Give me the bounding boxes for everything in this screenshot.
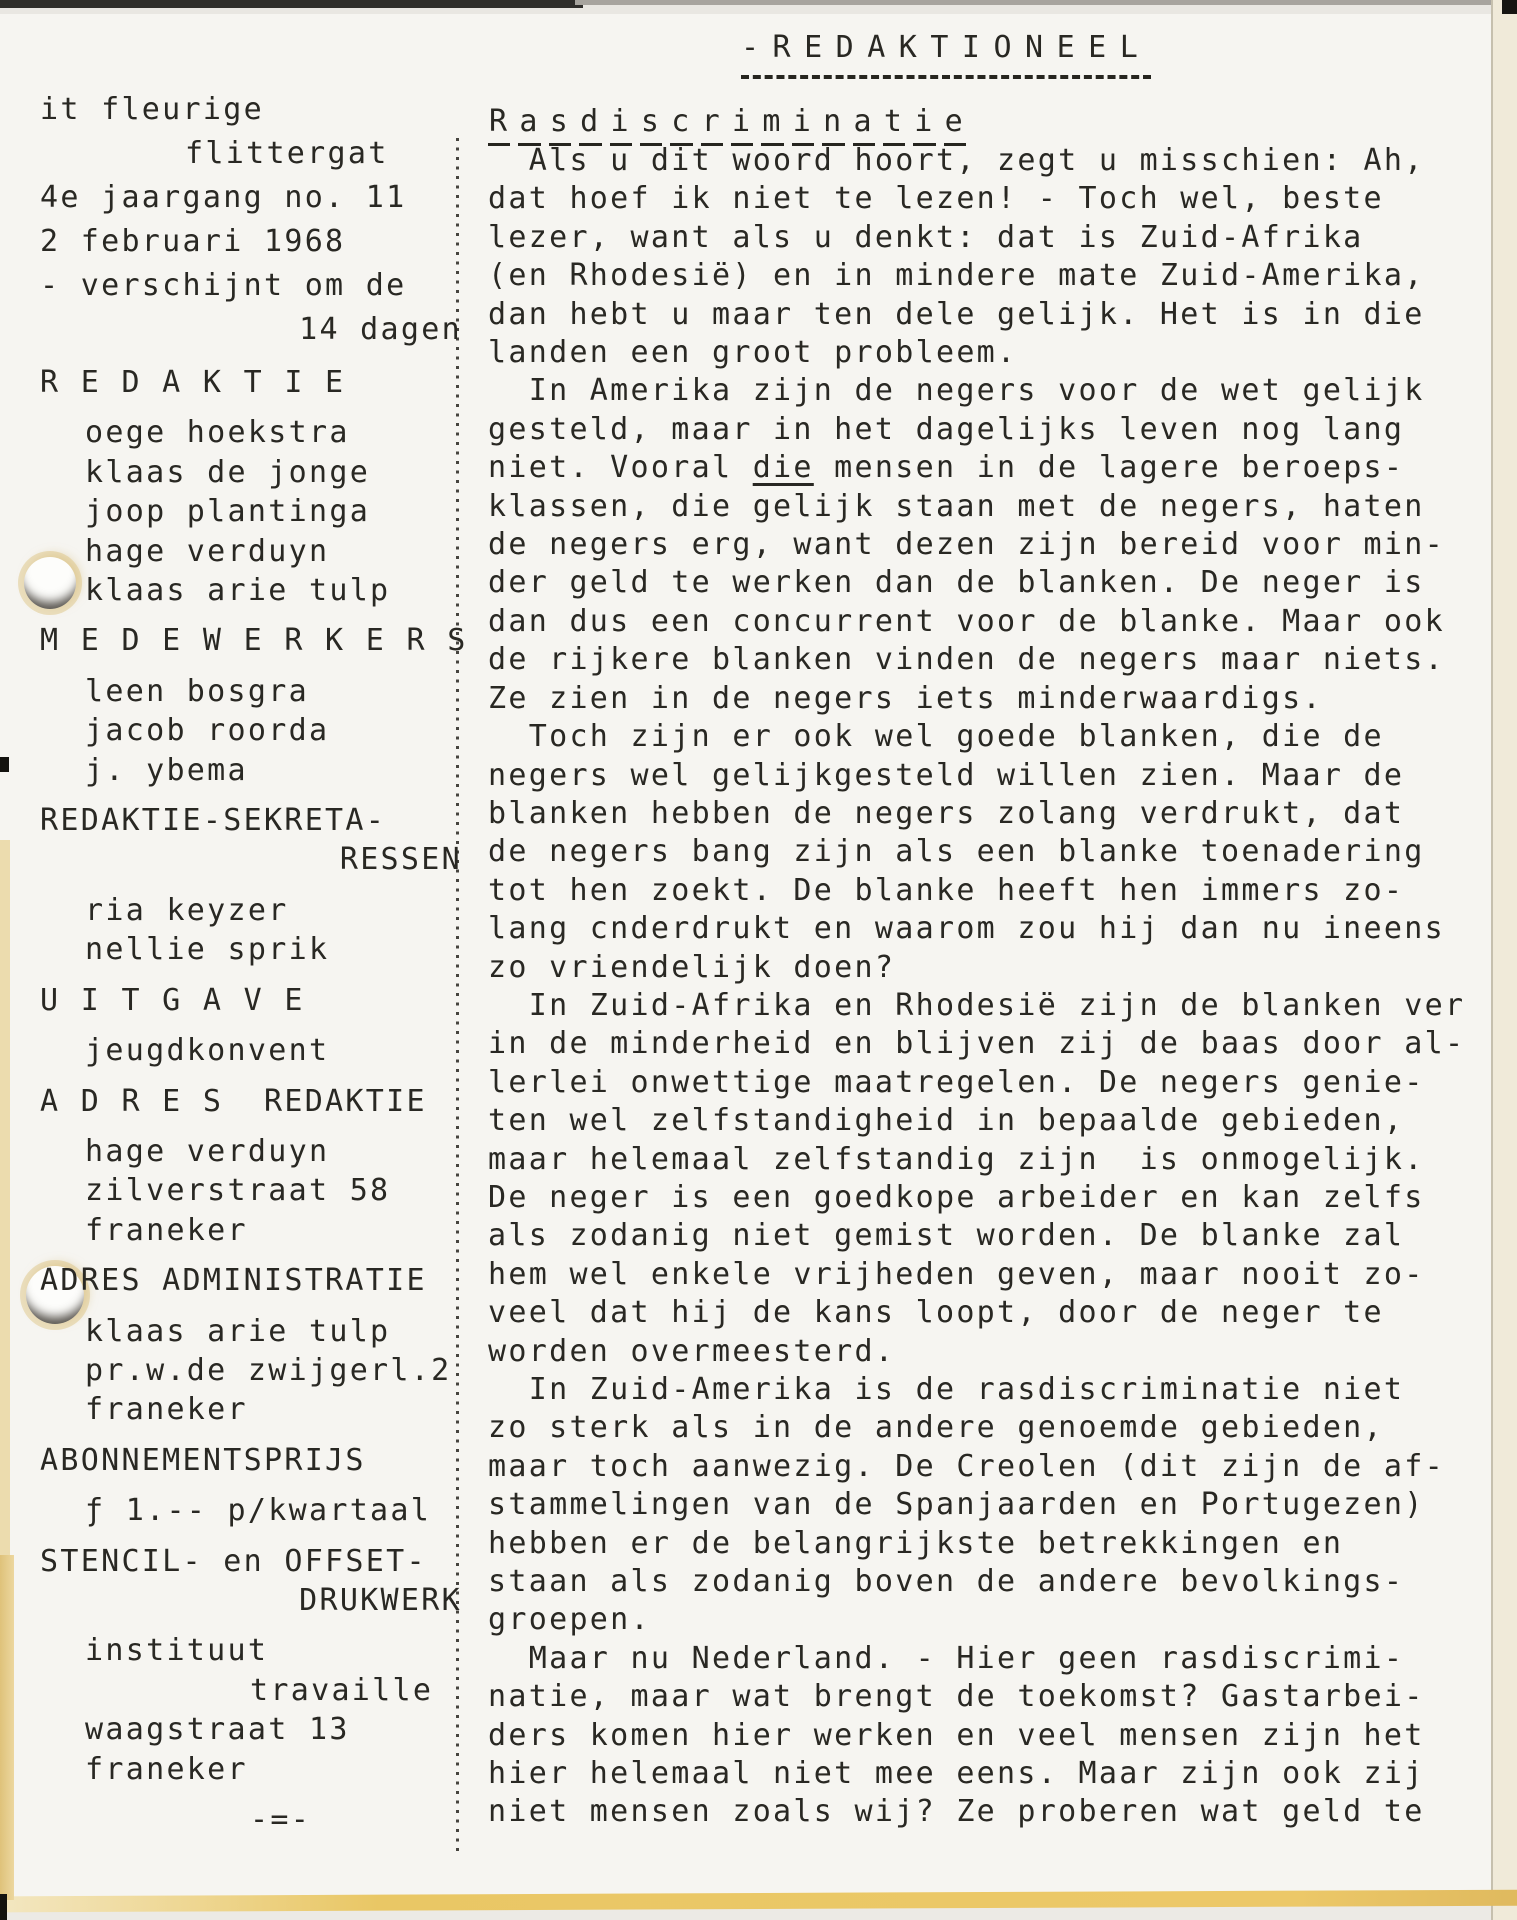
title-letter: t	[883, 105, 905, 146]
sekretaressen-heading: REDAKTIE-SEKRETA-RESSEN	[40, 801, 462, 880]
colophon-line: instituut	[40, 1631, 462, 1670]
article-line: lezer, want als u denkt: dat is Zuid-Afr…	[488, 219, 1465, 257]
colophon-line: leen bosgra	[40, 672, 462, 711]
article-line: dan hebt u maar ten dele gelijk. Het is …	[488, 296, 1465, 334]
colophon-line: nellie sprik	[40, 930, 462, 969]
article-line: In Amerika zijn de negers voor de wet ge…	[488, 372, 1465, 410]
article-line: de rijkere blanken vinden de negers maar…	[488, 641, 1465, 679]
article-line: als zodanig niet gemist worden. De blank…	[488, 1217, 1465, 1255]
redaktie-names: oege hoekstraklaas de jongejoop planting…	[40, 413, 462, 610]
drukwerk-heading: STENCIL- en OFFSET-DRUKWERK	[40, 1542, 462, 1621]
article-line: De neger is een goedkope arbeider en kan…	[488, 1179, 1465, 1217]
title-letter: s	[640, 105, 662, 146]
article-line: hebben er de belangrijkste betrekkingen …	[488, 1525, 1465, 1563]
article-line: lang cnderdrukt en waarom zou hij dan nu…	[488, 910, 1465, 948]
article-line: stammelingen van de Spanjaarden en Portu…	[488, 1486, 1465, 1524]
colophon-line: DRUKWERK	[40, 1581, 462, 1620]
title-letter: a	[853, 105, 875, 146]
colophon-line: flittergat	[40, 132, 462, 176]
title-letter: i	[913, 105, 935, 146]
top-right-corner-mark	[1502, 0, 1517, 14]
article-line: veel dat hij de kans loopt, door de nege…	[488, 1294, 1465, 1332]
colophon-line: oege hoekstra	[40, 413, 462, 452]
uitgave-heading: U I T G A V E	[40, 981, 462, 1020]
article-line: landen een groot probleem.	[488, 334, 1465, 372]
title-letter: r	[701, 105, 723, 146]
article-line: Toch zijn er ook wel goede blanken, die …	[488, 718, 1465, 756]
colophon-column: it fleurigeflittergat4e jaargang no. 112…	[40, 88, 462, 1839]
title-letter: i	[731, 105, 753, 146]
title-letter: e	[944, 105, 966, 146]
right-page-edge	[1491, 0, 1517, 1920]
colophon-line: REDAKTIE-SEKRETA-	[40, 801, 462, 840]
colophon-line: ADRES ADMINISTRATIE	[40, 1261, 462, 1300]
colophon-line: ABONNEMENTSPRIJS	[40, 1441, 462, 1480]
article-line: zo sterk als in de andere genoemde gebie…	[488, 1409, 1465, 1447]
article-line: In Zuid-Amerika is de rasdiscriminatie n…	[488, 1371, 1465, 1409]
abonnementsprijs-heading: ABONNEMENTSPRIJS	[40, 1441, 462, 1480]
title-letter: i	[610, 105, 632, 146]
colophon-line: klaas de jonge	[40, 453, 462, 492]
article-line: klassen, die gelijk staan met de negers,…	[488, 488, 1465, 526]
article-line: zo vriendelijk doen?	[488, 949, 1465, 987]
colophon-line: joop plantinga	[40, 492, 462, 531]
article-body: Als u dit woord hoort, zegt u misschien:…	[488, 142, 1465, 1832]
article-line: staan als zodanig boven de andere bevolk…	[488, 1563, 1465, 1601]
section-header: -REDAKTIONEEL	[741, 30, 1151, 79]
colophon-line: klaas arie tulp	[40, 1312, 462, 1351]
colophon-line: pr.w.de zwijgerl.2	[40, 1351, 462, 1390]
adres-administratie-value: klaas arie tulppr.w.de zwijgerl.2franeke…	[40, 1312, 462, 1430]
left-edge-band-tan	[0, 1555, 14, 1900]
abonnementsprijs-value: ƒ 1.-- p/kwartaal	[40, 1491, 462, 1530]
article-line: Als u dit woord hoort, zegt u misschien:…	[488, 142, 1465, 180]
scanned-page: it fleurigeflittergat4e jaargang no. 112…	[0, 0, 1517, 1920]
colophon-line: franeker	[40, 1211, 462, 1250]
masthead: it fleurigeflittergat4e jaargang no. 112…	[40, 88, 462, 352]
article-line: hem wel enkele vrijheden geven, maar noo…	[488, 1256, 1465, 1294]
article-line: ders komen hier werken en veel mensen zi…	[488, 1717, 1465, 1755]
article-line: ten wel zelfstandigheid in bepaalde gebi…	[488, 1102, 1465, 1140]
title-letter: d	[579, 105, 601, 146]
colophon-line: jacob roorda	[40, 711, 462, 750]
colophon-line: ria keyzer	[40, 891, 462, 930]
colophon-line: franeker	[40, 1750, 462, 1789]
article-line: de negers bang zijn als een blanke toena…	[488, 833, 1465, 871]
sekretaressen-names: ria keyzernellie sprik	[40, 891, 462, 970]
uitgave-value: jeugdkonvent	[40, 1031, 462, 1070]
article-line: lerlei onwettige maatregelen. De negers …	[488, 1064, 1465, 1102]
adres-redaktie-heading: A D R E S REDAKTIE	[40, 1082, 462, 1121]
bottom-left-mark	[0, 1894, 7, 1920]
article-line: in de minderheid en blijven zij de baas …	[488, 1025, 1465, 1063]
drukwerk-value: instituuttravaillewaagstraat 13franeker	[40, 1631, 462, 1789]
article-line: maar toch aanwezig. De Creolen (dit zijn…	[488, 1448, 1465, 1486]
colophon-line: - verschijnt om de	[40, 264, 462, 308]
colophon-line: U I T G A V E	[40, 981, 462, 1020]
article-line: gesteld, maar in het dagelijks leven nog…	[488, 411, 1465, 449]
article-line: tot hen zoekt. De blanke heeft hen immer…	[488, 872, 1465, 910]
left-edge-band-light	[0, 840, 10, 1560]
underlined-word: die	[753, 450, 814, 485]
medewerkers-names: leen bosgrajacob roordaj. ybema	[40, 672, 462, 790]
colophon-line: hage verduyn	[40, 532, 462, 571]
colophon-line: -=-	[40, 1800, 462, 1839]
article-line: groepen.	[488, 1601, 1465, 1639]
article-line: Maar nu Nederland. - Hier geen rasdiscri…	[488, 1640, 1465, 1678]
article-line: blanken hebben de negers zolang verdrukt…	[488, 795, 1465, 833]
title-letter: s	[549, 105, 571, 146]
article-line: maar helemaal zelfstandig zijn is onmoge…	[488, 1141, 1465, 1179]
colophon-line: 4e jaargang no. 11	[40, 176, 462, 220]
top-edge-strip-dark	[0, 0, 583, 8]
article-line: (en Rhodesië) en in mindere mate Zuid-Am…	[488, 257, 1465, 295]
title-letter: n	[822, 105, 844, 146]
colophon-line: R E D A K T I E	[40, 363, 462, 402]
colophon-line: travaille	[40, 1671, 462, 1710]
redaktie-heading: R E D A K T I E	[40, 363, 462, 402]
colophon-line: jeugdkonvent	[40, 1031, 462, 1070]
adres-administratie-heading: ADRES ADMINISTRATIE	[40, 1261, 462, 1300]
article-line: niet mensen zoals wij? Ze proberen wat g…	[488, 1793, 1465, 1831]
article-line: hier helemaal niet mee eens. Maar zijn o…	[488, 1755, 1465, 1793]
medewerkers-heading: M E D E W E R K E R S	[40, 621, 462, 660]
colophon-line: it fleurige	[40, 88, 462, 132]
adres-redaktie-value: hage verduynzilverstraat 58franeker	[40, 1132, 462, 1250]
colophon-line: franeker	[40, 1390, 462, 1429]
title-letter: R	[488, 105, 510, 146]
top-edge-strip-gray	[575, 0, 1493, 5]
article-line: niet. Vooral die mensen in de lagere ber…	[488, 449, 1465, 487]
colophon-line: j. ybema	[40, 751, 462, 790]
colophon-line: A D R E S REDAKTIE	[40, 1082, 462, 1121]
colophon-line: STENCIL- en OFFSET-	[40, 1542, 462, 1581]
article-line: In Zuid-Afrika en Rhodesië zijn de blank…	[488, 987, 1465, 1025]
article-line: natie, maar wat brengt de toekomst? Gast…	[488, 1678, 1465, 1716]
title-letter: m	[761, 105, 783, 146]
colophon-line: RESSEN	[40, 840, 462, 879]
title-letter: c	[670, 105, 692, 146]
colophon-line: M E D E W E R K E R S	[40, 621, 462, 660]
article-line: der geld te werken dan de blanken. De ne…	[488, 564, 1465, 602]
colophon-line: klaas arie tulp	[40, 571, 462, 610]
article-line: Ze zien in de negers iets minderwaardigs…	[488, 680, 1465, 718]
colophon-line: ƒ 1.-- p/kwartaal	[40, 1491, 462, 1530]
article-title: Rasdiscriminatie	[488, 104, 974, 146]
article-line: worden overmeesterd.	[488, 1333, 1465, 1371]
article-column: -REDAKTIONEEL Rasdiscriminatie Als u dit…	[488, 30, 1498, 1830]
left-edge-mark	[0, 757, 9, 772]
colophon-line: 2 februari 1968	[40, 220, 462, 264]
colophon-line: 14 dagen	[40, 308, 462, 352]
end-mark: -=-	[40, 1800, 462, 1839]
article-line: dan dus een concurrent voor de blanke. M…	[488, 603, 1465, 641]
article-line: negers wel gelijkgesteld willen zien. Ma…	[488, 757, 1465, 795]
title-letter: i	[792, 105, 814, 146]
article-line: dat hoef ik niet te lezen! - Toch wel, b…	[488, 180, 1465, 218]
colophon-line: hage verduyn	[40, 1132, 462, 1171]
article-line: de negers erg, want dezen zijn bereid vo…	[488, 526, 1465, 564]
colophon-line: zilverstraat 58	[40, 1171, 462, 1210]
colophon-line: waagstraat 13	[40, 1710, 462, 1749]
title-letter: a	[518, 105, 540, 146]
